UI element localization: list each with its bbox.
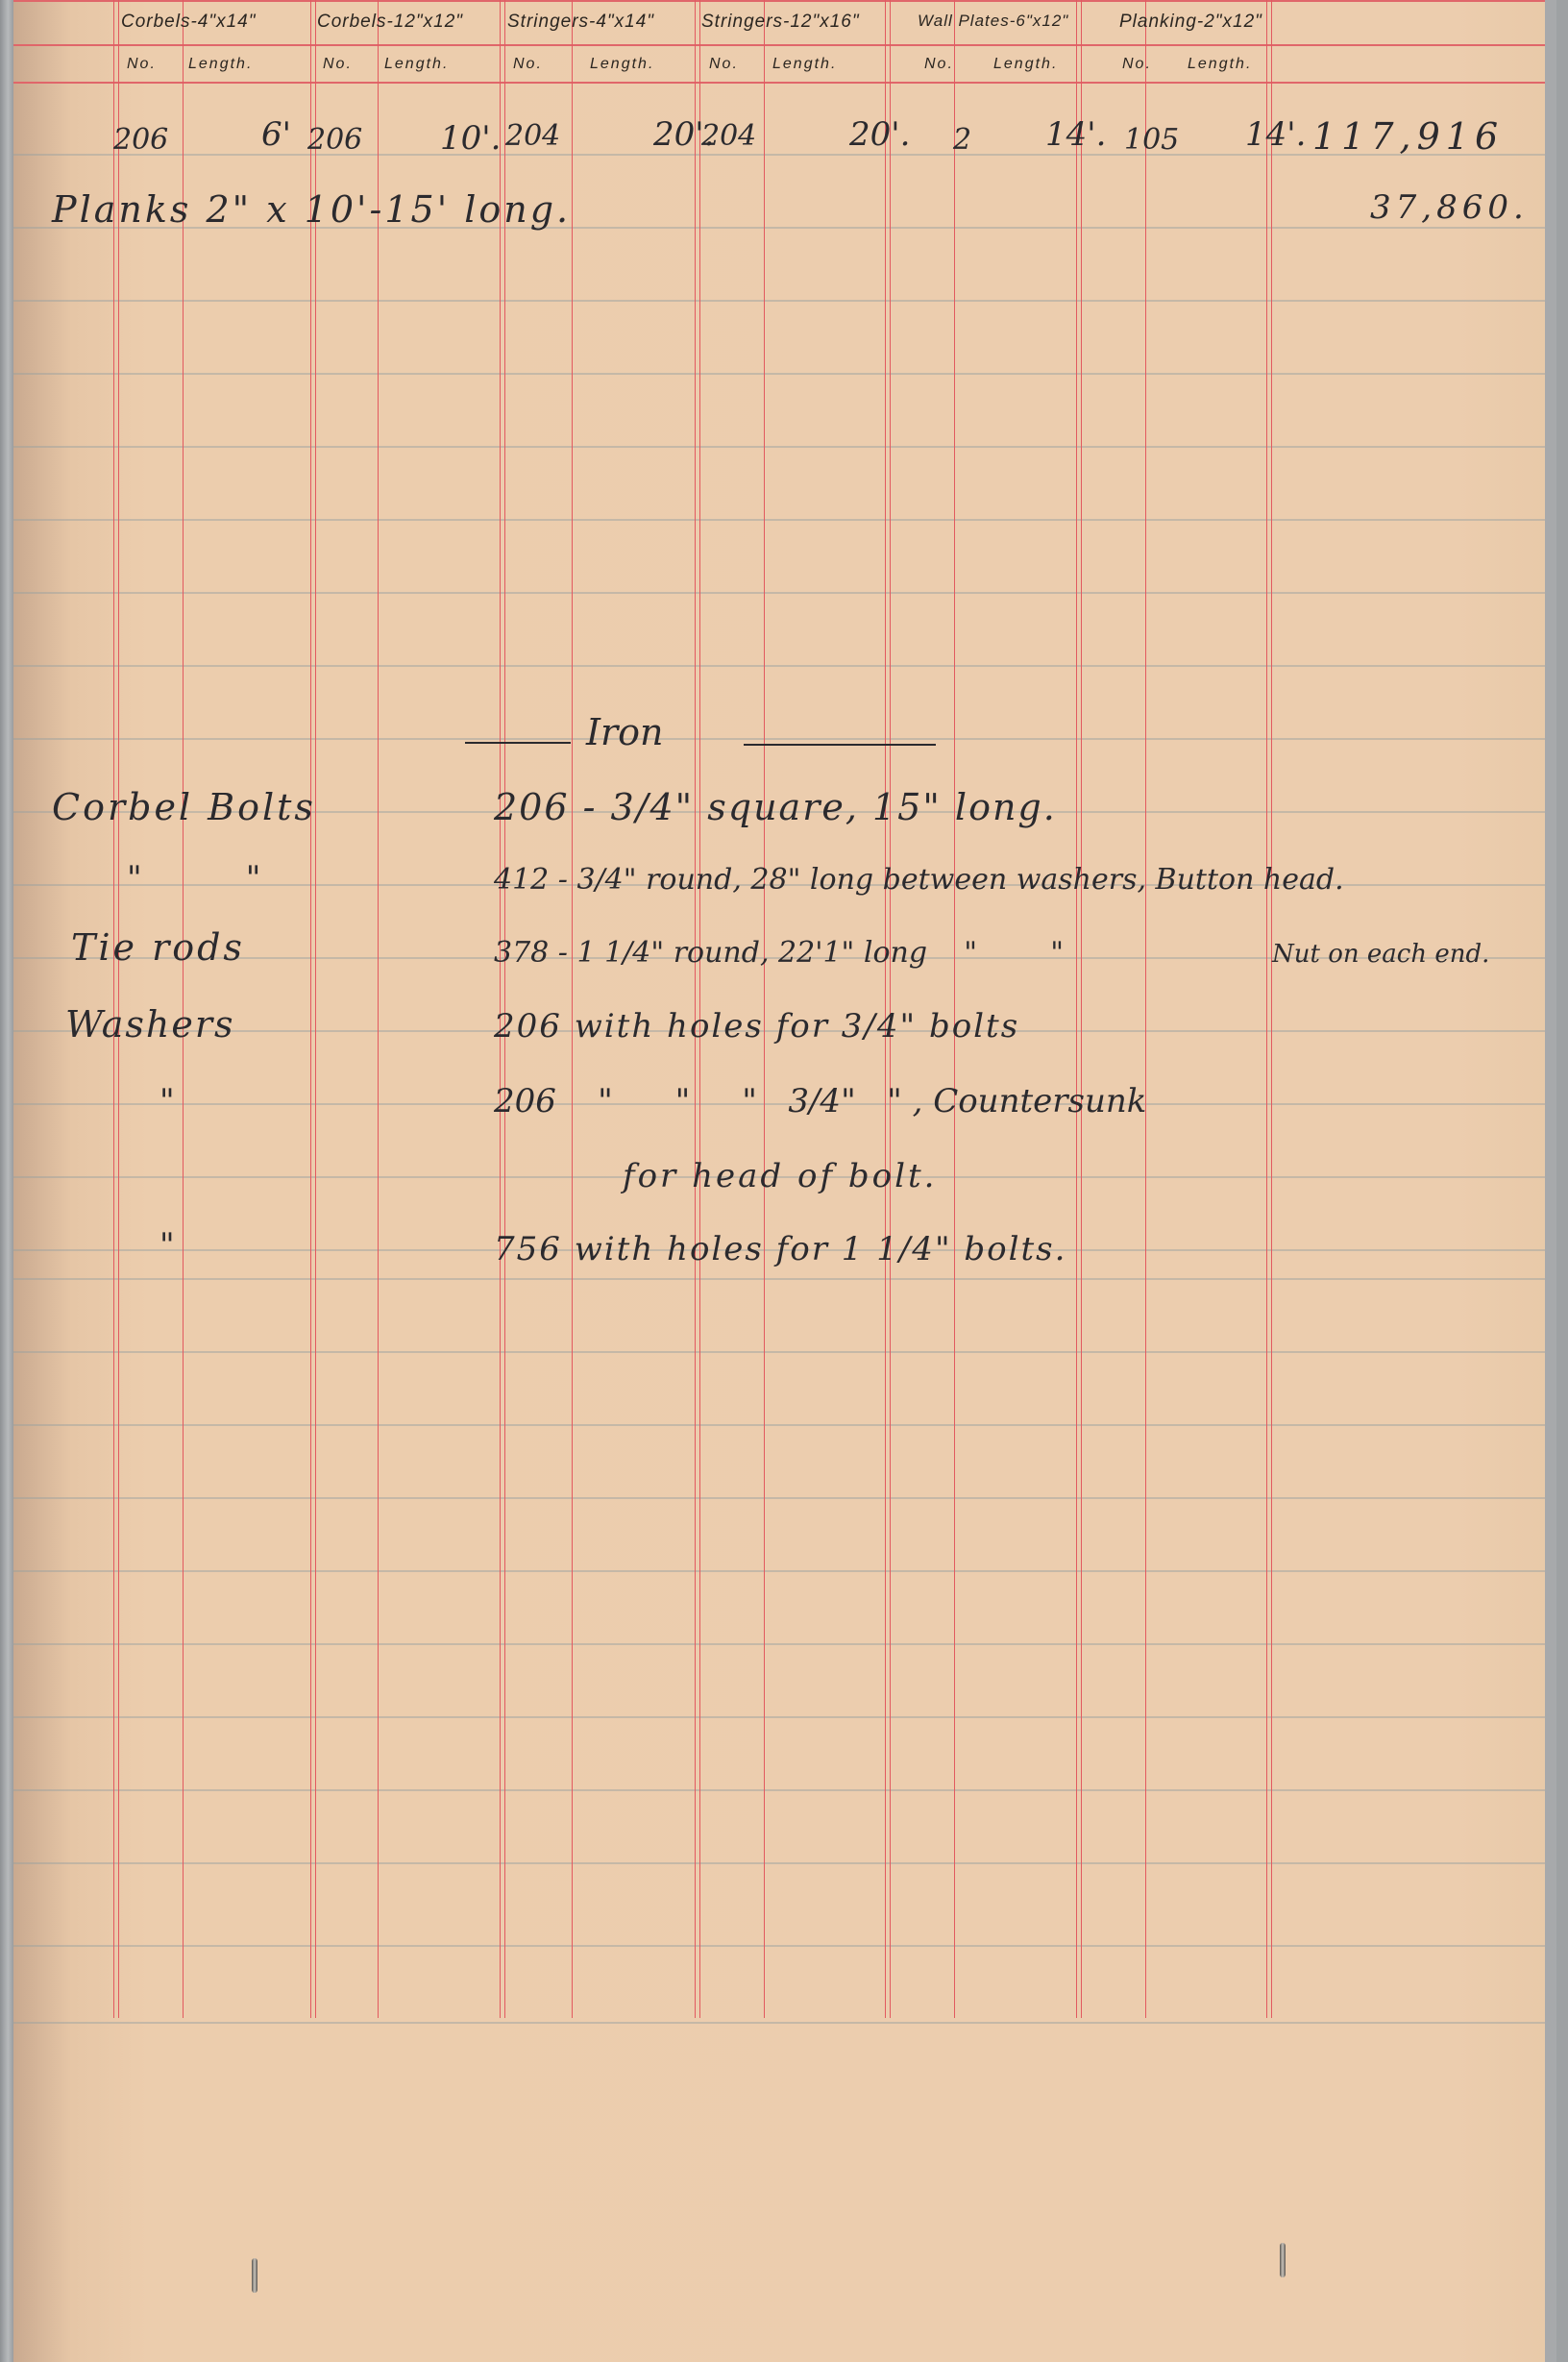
cell-length: 10'.	[440, 119, 501, 158]
iron-item-text: 206 " " " 3/4" " , Countersunk	[494, 1082, 1146, 1120]
ruled-line	[13, 1945, 1556, 1947]
iron-item-text: 756 with holes for 1 1/4" bolts.	[494, 1230, 1066, 1268]
ruled-line	[13, 300, 1556, 302]
subheader-length: Length.	[772, 56, 837, 73]
planks-label: Planks 2" x 10'-15' long.	[52, 188, 571, 231]
ruled-line	[13, 1351, 1556, 1353]
ruled-line	[13, 1497, 1556, 1499]
column-header-stringers-4x14: Stringers-4"x14"	[507, 12, 654, 33]
iron-label-ditto: " "	[127, 859, 260, 898]
ruled-line	[13, 738, 1556, 740]
cell-length: 14'.	[1245, 115, 1306, 154]
heading-rule-left	[465, 742, 571, 744]
column-rule	[310, 0, 316, 2018]
ruled-line	[13, 1789, 1556, 1791]
column-rule	[1266, 0, 1272, 2018]
header-rule	[13, 44, 1556, 46]
iron-label-washers: Washers	[65, 1003, 235, 1046]
cell-no: 105	[1124, 123, 1179, 157]
iron-item-continuation: for head of bolt.	[623, 1157, 937, 1195]
column-header-corbels-4x14: Corbels-4"x14"	[121, 12, 257, 33]
ruled-line	[13, 519, 1556, 521]
book-spine	[0, 0, 13, 2362]
iron-label-ditto: "	[159, 1082, 175, 1120]
subheader-length: Length.	[1188, 56, 1252, 73]
subheader-no: No.	[323, 56, 353, 73]
iron-item-text: 206 - 3/4" square, 15" long.	[494, 786, 1057, 828]
ruled-line	[13, 373, 1556, 375]
ruled-line	[13, 1643, 1556, 1645]
subheader-length: Length.	[590, 56, 654, 73]
subheader-length: Length.	[384, 56, 449, 73]
iron-item-text: 378 - 1 1/4" round, 22'1" long " "	[494, 936, 1064, 970]
cell-length: 6'	[261, 115, 291, 154]
header-rule	[13, 0, 1556, 2]
ruled-line	[13, 1424, 1556, 1426]
iron-item-text: 206 with holes for 3/4" bolts	[494, 1007, 1019, 1046]
subheader-length: Length.	[993, 56, 1058, 73]
subheader-no: No.	[709, 56, 739, 73]
cell-no: 206	[113, 123, 168, 157]
ruled-line	[13, 1570, 1556, 1572]
column-header-wall-plates: Wall Plates-6"x12"	[918, 12, 1068, 31]
staple	[1280, 2243, 1286, 2277]
column-rule	[378, 0, 379, 2018]
page-edge	[1545, 0, 1556, 2362]
ledger-page: Corbels-4"x14" Corbels-12"x12" Stringers…	[13, 0, 1556, 2362]
staple	[252, 2258, 257, 2293]
cell-no: 204	[701, 119, 756, 153]
subheader-no: No.	[513, 56, 543, 73]
iron-label-corbel-bolts: Corbel Bolts	[52, 786, 316, 828]
iron-item-text: 412 - 3/4" round, 28" long between washe…	[494, 863, 1344, 897]
ruled-line	[13, 1716, 1556, 1718]
ruled-line	[13, 1278, 1556, 1280]
iron-label-ditto: "	[159, 1226, 175, 1265]
heading-rule-right	[744, 744, 936, 746]
column-rule	[1076, 0, 1082, 2018]
subheader-no: No.	[127, 56, 157, 73]
column-header-planking: Planking-2"x12"	[1119, 12, 1262, 33]
subheader-length: Length.	[188, 56, 253, 73]
ruled-line	[13, 2022, 1556, 2024]
row-total: 117,916	[1312, 115, 1504, 158]
ruled-line	[13, 1862, 1556, 1864]
header-rule	[13, 82, 1556, 84]
column-header-stringers-12x16: Stringers-12"x16"	[701, 12, 860, 33]
cell-no: 206	[307, 123, 362, 157]
iron-item-note: Nut on each end.	[1272, 940, 1489, 969]
cell-no: 2	[953, 123, 971, 157]
subheader-no: No.	[924, 56, 954, 73]
subheader-no: No.	[1122, 56, 1152, 73]
column-header-corbels-12x12: Corbels-12"x12"	[317, 12, 463, 33]
iron-label-tie-rods: Tie rods	[71, 926, 245, 969]
cell-length: 14'.	[1045, 115, 1106, 154]
iron-heading: Iron	[586, 711, 664, 753]
cell-length: 20'.	[849, 115, 910, 154]
ruled-line	[13, 446, 1556, 448]
ruled-line	[13, 592, 1556, 594]
ruled-line	[13, 665, 1556, 667]
column-rule	[1145, 0, 1146, 2018]
planks-total: 37,860.	[1370, 188, 1529, 227]
cell-no: 204	[505, 119, 560, 153]
